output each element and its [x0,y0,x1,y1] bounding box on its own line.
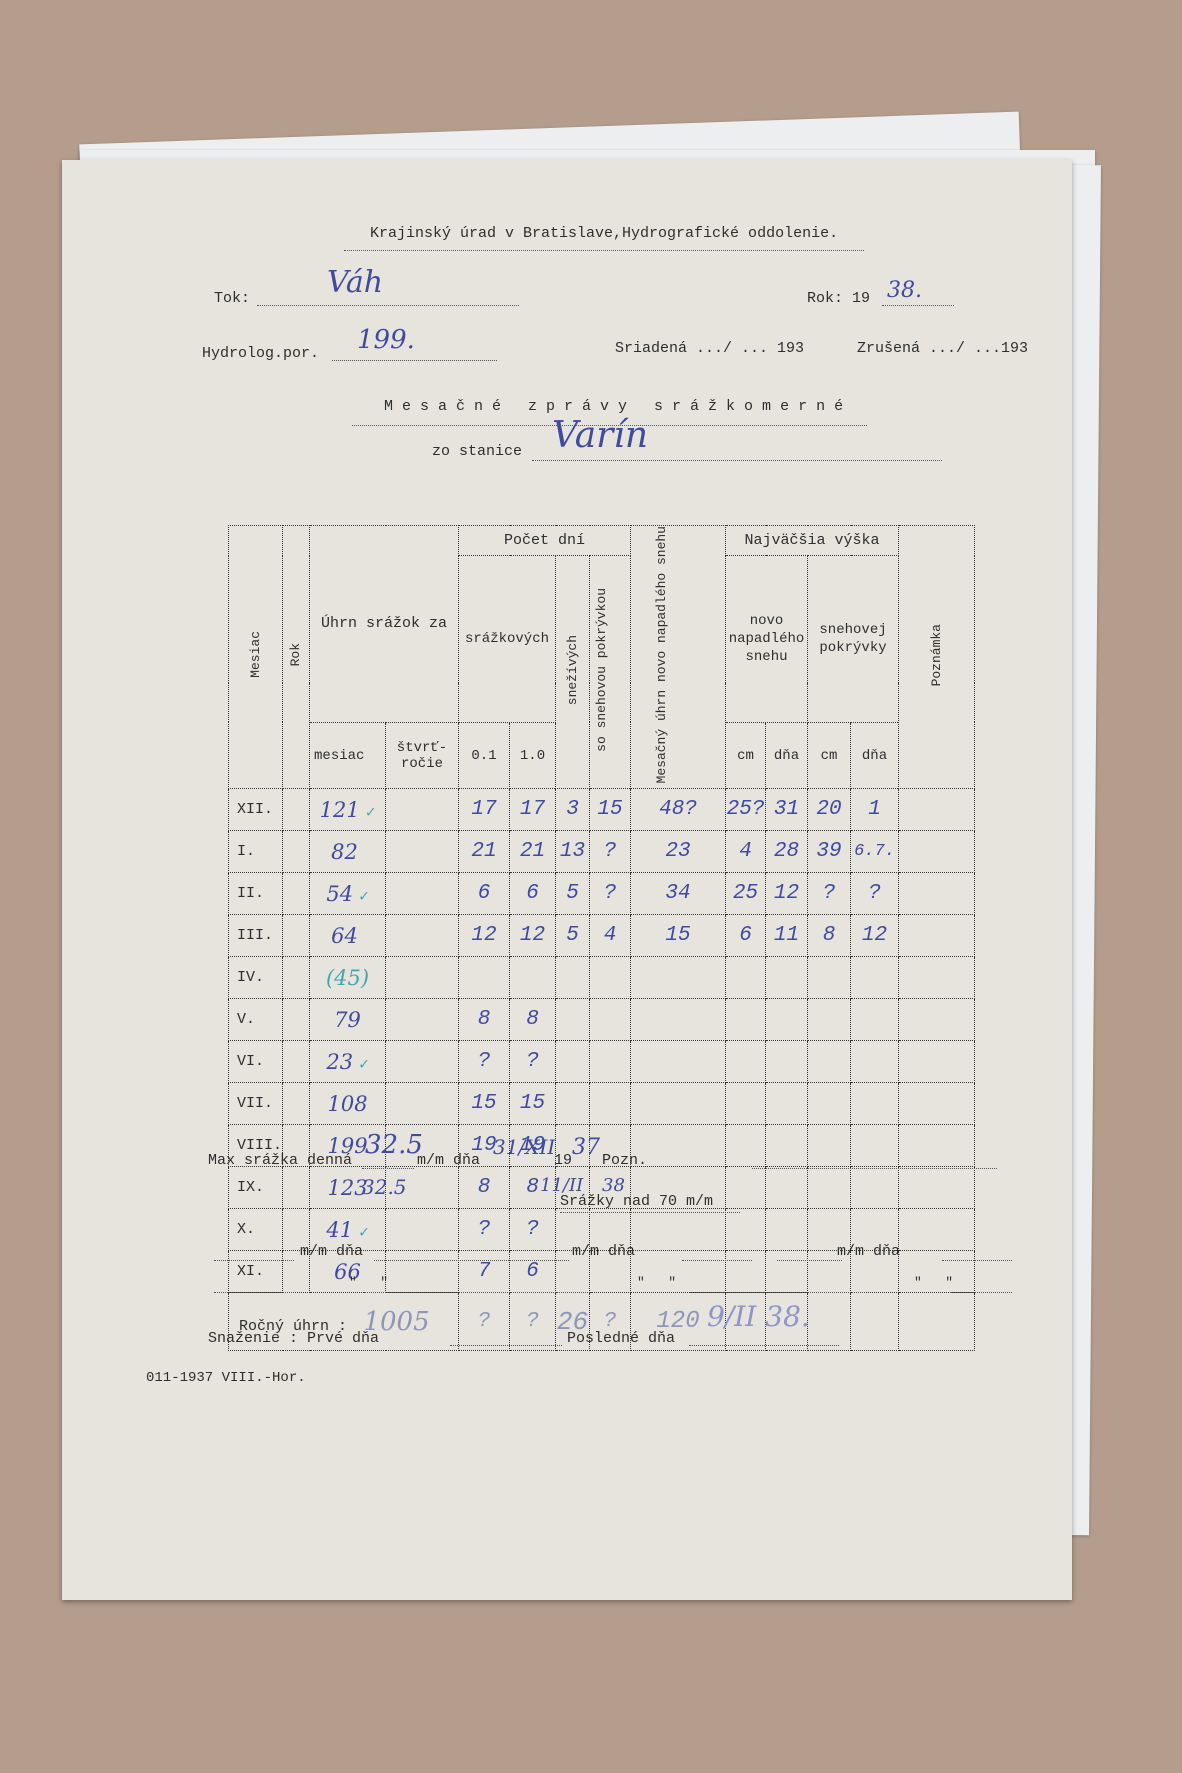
pokryvka-dna-cell: 6.7. [851,831,899,873]
novo-cm-cell [726,1041,766,1083]
month-cell: IX. [229,1167,283,1209]
rok-field-line [882,305,954,306]
novo-cm-cell [726,1083,766,1125]
poznamka-cell [899,957,975,999]
mesiac-cell: 23✓ [310,1041,386,1083]
pokryvka-cm-cell [808,1167,851,1209]
max-mm-dna-label: m/m dňa [417,1152,480,1169]
novo-dna-cell [766,1167,808,1209]
max-date-value: 31/XII [493,1135,555,1159]
snezivych-cell [556,1083,590,1125]
days-0-1-cell [459,957,510,999]
report-title: M e s a č n é z p r á v y s r á ž k o m … [384,398,843,415]
days-0-1-cell: 8 [459,999,510,1041]
novo-dna-cell: 28 [766,831,808,873]
table-row: II. 54✓ 66 5? 34 2512 ?? [229,873,975,915]
pokryvka-cm-cell [808,999,851,1041]
snezivych-cell: 5 [556,873,590,915]
header-1-0: 1.0 [510,722,556,789]
poznamka-cell [899,789,975,831]
pokryvka-dna-cell: ? [851,873,899,915]
station-value: Varín [552,415,648,456]
novo-cm-cell [726,999,766,1041]
table-row: III. 64 1212 54 15 611 812 [229,915,975,957]
days-1-0-cell: 17 [510,789,556,831]
checkmark-icon: ✓ [366,804,376,822]
novo-dna-cell: 11 [766,915,808,957]
header-uhrn-mesiac: mesiac [310,722,386,789]
header-novo-napadleho: novo napadlého snehu [726,556,808,723]
mesiac-cell: 64 [310,915,386,957]
sriadena-field: Sriadená .../ ... 193 [615,340,804,357]
header-uhrn-stvrtrocie: štvrť- ročie [386,722,459,789]
so-snehovou-cell: ? [590,873,631,915]
month-cell: XI. [229,1251,283,1293]
days-1-0-cell: 8 [510,999,556,1041]
posledne-value: 9/II 38. [707,1300,810,1333]
header-rok: Rok [283,526,310,789]
snezivych-cell [556,999,590,1041]
novo-cm-cell [726,957,766,999]
novo-cm-cell [726,1125,766,1167]
snezivych-cell: 5 [556,915,590,957]
days-1-0-cell: 15 [510,1083,556,1125]
days-0-1-cell: 15 [459,1083,510,1125]
checkmark-icon: ✓ [359,1056,369,1074]
header-novo-cm: cm [726,722,766,789]
mesacny-uhrn-cell: 23 [631,831,726,873]
so-snehovou-cell [590,1041,631,1083]
table-row: V. 79 88 [229,999,975,1041]
table-row: IV. (45) [229,957,975,999]
snezivych-cell: 13 [556,831,590,873]
table-row: VII. 108 1515 [229,1083,975,1125]
pokryvka-dna-cell [851,1083,899,1125]
stvrtrocie-cell [386,1251,459,1293]
pokryvka-cm-cell [808,957,851,999]
pokryvka-dna-cell [851,1041,899,1083]
station-label: zo stanice [432,443,522,460]
mesiac-cell: (45) [310,957,386,999]
novo-dna-cell [766,999,808,1041]
poznamka-cell [899,1125,975,1167]
novo-cm-cell: 25? [726,789,766,831]
stvrtrocie-cell [386,789,459,831]
mesacny-uhrn-cell [631,1209,726,1251]
mm-dna-label-2: m/m dňa [572,1243,635,1260]
rok-cell [283,789,310,831]
days-1-0-cell: 6 [510,1251,556,1293]
mesiac-cell: 121✓ [310,789,386,831]
rok-label: Rok: 19 [807,290,870,307]
annual-empty-cell [851,1293,899,1351]
poznamka-cell [899,1209,975,1251]
ditto-marks-3: " " [914,1275,953,1290]
month-cell: X. [229,1209,283,1251]
hydrolog-value: 199. [357,325,415,355]
office-header: Krajinský úrad v Bratislave,Hydrografick… [370,225,838,242]
stvrtrocie-cell [386,1041,459,1083]
poznamka-cell [899,915,975,957]
so-snehovou-cell [590,999,631,1041]
days-1-0-cell [510,957,556,999]
nad70-field-line [682,1260,752,1261]
header-mesiac: Mesiac [229,526,283,789]
stvrtrocie-cell [386,915,459,957]
novo-dna-cell [766,1125,808,1167]
novo-cm-cell: 4 [726,831,766,873]
days-1-0-cell: 12 [510,915,556,957]
header-pokryvka-dna: dňa [851,722,899,789]
days-1-0-cell: ? [510,1041,556,1083]
novo-dna-cell [766,1209,808,1251]
pokryvka-cm-cell [808,1041,851,1083]
days-1-0-cell: 6 [510,873,556,915]
header-uhrn: Úhrn srážok za [310,526,459,723]
days-0-1-cell: 17 [459,789,510,831]
mesacny-uhrn-cell [631,999,726,1041]
tok-value: Váh [327,265,383,300]
so-snehovou-cell: 15 [590,789,631,831]
tok-label: Tok: [214,290,250,307]
checkmark-icon: ✓ [359,888,369,906]
header-pocet-dni: Počet dní [459,526,631,556]
header-so-snehovou: so snehovou pokrývkou [590,556,631,789]
stvrtrocie-cell [386,831,459,873]
hydrolog-label: Hydrolog.por. [202,345,319,362]
tok-field-line [257,305,519,306]
annual-1-0: ? [510,1293,556,1351]
table-row: XII. 121✓ 1717 315 48? 25?31 201 [229,789,975,831]
pokryvka-cm-cell [808,1083,851,1125]
table-row: VI. 23✓ ?? [229,1041,975,1083]
snezivych-cell: 3 [556,789,590,831]
pokryvka-cm-cell: 20 [808,789,851,831]
nad70-field-line [777,1260,842,1261]
so-snehovou-cell [590,957,631,999]
annual-empty-cell [899,1293,975,1351]
mesacny-uhrn-cell: 15 [631,915,726,957]
so-snehovou-cell [590,1083,631,1125]
snazenie-label: Snaženie : Prvé dňa [208,1330,379,1347]
header-mesacny-uhrn: Mesačný úhrn novo napadlého snehu [631,526,726,789]
snezivych-cell [556,1041,590,1083]
mm-dna-label-1: m/m dňa [300,1243,363,1260]
header-novo-dna: dňa [766,722,808,789]
ditto-field-line [214,1292,292,1293]
month-cell: VI. [229,1041,283,1083]
posledne-label: Posledné dňa [567,1330,675,1347]
pokryvka-cm-cell: 8 [808,915,851,957]
srazky-nad-70-underline [560,1212,740,1213]
month-cell: VII. [229,1083,283,1125]
mesacny-uhrn-cell [631,1083,726,1125]
days-1-0-cell: ? [510,1209,556,1251]
pokryvka-cm-cell [808,1125,851,1167]
pokryvka-dna-cell: 1 [851,789,899,831]
ditto-marks-2: " " [637,1275,676,1290]
month-cell: V. [229,999,283,1041]
mesiac-cell: 54✓ [310,873,386,915]
poznamka-cell [899,999,975,1041]
header-underline [344,250,864,251]
posledne-field-line [689,1345,839,1346]
ditto-marks-1: " " [349,1275,388,1290]
annual-empty-cell [808,1293,851,1351]
mesiac-cell: 82 [310,831,386,873]
ditto-field-line [950,1292,1012,1293]
annual-0-1: ? [459,1293,510,1351]
poznamka-cell [899,1167,975,1209]
stvrtrocie-cell [386,957,459,999]
mm-dna-label-3: m/m dňa [837,1243,900,1260]
header-snehovej-pokryvky: snehovej pokrývky [808,556,899,723]
mesacny-uhrn-cell [631,1041,726,1083]
pokryvka-cm-cell: 39 [808,831,851,873]
precipitation-table: Mesiac Rok Úhrn srážok za Počet dní Mesa… [228,525,975,1351]
novo-cm-cell: 25 [726,873,766,915]
rok-cell [283,873,310,915]
hydrolog-field-line [332,360,497,361]
poznamka-cell [899,873,975,915]
month-cell: IV. [229,957,283,999]
stvrtrocie-cell [386,873,459,915]
nad70-field-line [374,1260,569,1261]
poznamka-cell [899,831,975,873]
novo-cm-cell [726,1251,766,1293]
header-0-1: 0.1 [459,722,510,789]
mesiac-cell: 79 [310,999,386,1041]
ditto-field-line [690,1292,865,1293]
days-0-1-cell: 21 [459,831,510,873]
rok-value: 38. [887,278,922,303]
poznamka-cell [899,1041,975,1083]
rok-cell [283,831,310,873]
srazky-nad-70-label: Srážky nad 70 m/m [560,1193,713,1210]
pokryvka-cm-cell: ? [808,873,851,915]
rok-cell [283,915,310,957]
max-srazka-value-2: 32.5 [362,1175,407,1199]
novo-cm-cell: 6 [726,915,766,957]
month-cell: II. [229,873,283,915]
rok-cell [283,1083,310,1125]
header-pokryvka-cm: cm [808,722,851,789]
pozn-field-line [752,1168,997,1169]
header-najvacsia-vyska: Najväčšia výška [726,526,899,556]
snezivych-cell [556,957,590,999]
mesacny-uhrn-cell: 34 [631,873,726,915]
mesacny-uhrn-cell: 48? [631,789,726,831]
ditto-field-line [364,1292,592,1293]
month-cell: XII. [229,789,283,831]
pokryvka-dna-cell [851,957,899,999]
days-0-1-cell: 6 [459,873,510,915]
novo-dna-cell [766,1251,808,1293]
mesacny-uhrn-cell [631,957,726,999]
station-field-line [532,460,942,461]
nad70-field-line [214,1260,294,1261]
rok-cell [283,1167,310,1209]
stvrtrocie-cell [386,1083,459,1125]
rok-cell [283,999,310,1041]
table-row: I. 82 2121 13? 23 428 396.7. [229,831,975,873]
zrusena-field: Zrušená .../ ...193 [857,340,1028,357]
max-year-value: 37 [572,1135,600,1160]
stvrtrocie-cell [386,999,459,1041]
novo-dna-cell [766,1083,808,1125]
rok-cell [283,1041,310,1083]
month-cell: I. [229,831,283,873]
pokryvka-dna-cell: 12 [851,915,899,957]
days-0-1-cell: ? [459,1209,510,1251]
rok-cell [283,957,310,999]
poznamka-cell [899,1083,975,1125]
prve-dna-field-line [450,1345,562,1346]
max-value-line [362,1168,414,1169]
novo-dna-cell: 12 [766,873,808,915]
checkmark-icon: ✓ [359,1224,369,1242]
month-cell: III. [229,915,283,957]
so-snehovou-cell: ? [590,831,631,873]
days-0-1-cell: ? [459,1041,510,1083]
novo-cm-cell [726,1209,766,1251]
header-poznamka: Poznámka [899,526,975,789]
novo-dna-cell: 31 [766,789,808,831]
days-0-1-cell: 7 [459,1251,510,1293]
pokryvka-dna-cell [851,999,899,1041]
form-sheet: Krajinský úrad v Bratislave,Hydrografick… [62,160,1072,1600]
header-srazkovych: srážkových [459,556,556,723]
days-1-0-cell: 21 [510,831,556,873]
nad70-field-line [942,1260,1012,1261]
header-snezivych: snežívých [556,556,590,789]
so-snehovou-cell: 4 [590,915,631,957]
form-code: 011-1937 VIII.-Hor. [146,1370,306,1386]
max-srazka-value: 32.5 [365,1130,423,1160]
max-srazka-label: Max srážka denná [208,1152,352,1169]
pozn-label: Pozn. [602,1152,647,1169]
novo-dna-cell [766,957,808,999]
mesiac-cell: 108 [310,1083,386,1125]
days-0-1-cell: 12 [459,915,510,957]
novo-dna-cell [766,1041,808,1083]
novo-cm-cell [726,1167,766,1209]
pokryvka-dna-cell [851,1167,899,1209]
stvrtrocie-cell [386,1209,459,1251]
pokryvka-dna-cell [851,1125,899,1167]
days-0-1-cell: 8 [459,1167,510,1209]
max-year-prefix: 19 [554,1152,572,1169]
